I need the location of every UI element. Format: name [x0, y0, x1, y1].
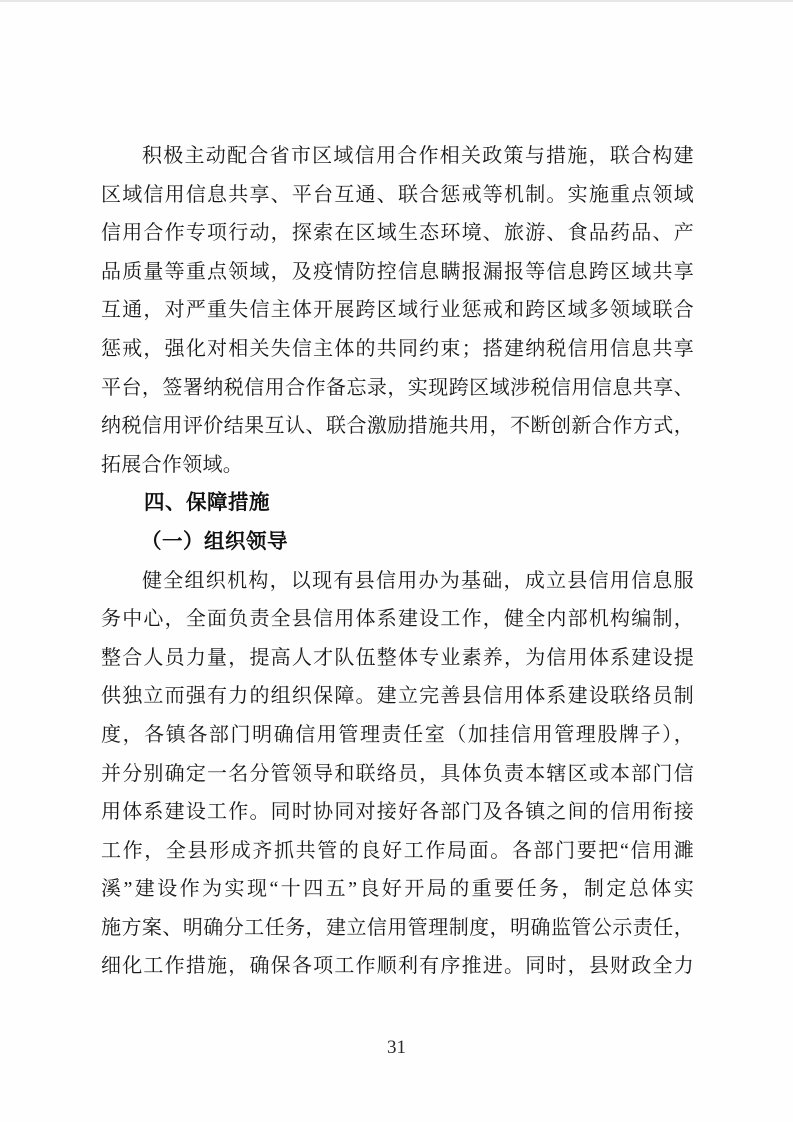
body-line: 整合人员力量，提高人才队伍整体专业素养，为信用体系建设提	[101, 639, 694, 678]
body-line: 务中心，全面负责全县信用体系建设工作，健全内部机构编制，	[101, 600, 694, 639]
body-line: 惩戒，强化对相关失信主体的共同约束；搭建纳税信用信息共享	[101, 330, 694, 369]
body-line: 细化工作措施，确保各项工作顺利有序推进。同时，县财政全力	[101, 947, 694, 986]
body-line: 健全组织机构，以现有县信用办为基础，成立县信用信息服	[101, 562, 694, 601]
body-line: 溪”建设作为实现“十四五”良好开局的重要任务，制定总体实	[101, 870, 694, 909]
body-line: 平台，签署纳税信用合作备忘录，实现跨区域涉税信用信息共享、	[101, 369, 694, 408]
body-line: 拓展合作领域。	[101, 446, 694, 485]
body-line: 互通，对严重失信主体开展跨区域行业惩戒和跨区域多领域联合	[101, 291, 694, 330]
body-line: 工作，全县形成齐抓共管的良好工作局面。各部门要把“信用濉	[101, 832, 694, 871]
body-line: 供独立而强有力的组织保障。建立完善县信用体系建设联络员制	[101, 677, 694, 716]
subsection-heading: （一）组织领导	[101, 523, 694, 562]
body-line: 并分别确定一名分管领导和联络员，具体负责本辖区或本部门信	[101, 755, 694, 794]
body-line: 信用合作专项行动，探索在区域生态环境、旅游、食品药品、产	[101, 214, 694, 253]
body-line: 度，各镇各部门明确信用管理责任室（加挂信用管理股牌子），	[101, 716, 694, 755]
page-body: 积极主动配合省市区域信用合作相关政策与措施，联合构建 区域信用信息共享、平台互通…	[101, 137, 694, 986]
document-page: 积极主动配合省市区域信用合作相关政策与措施，联合构建 区域信用信息共享、平台互通…	[0, 0, 793, 1122]
section-heading: 四、保障措施	[101, 484, 694, 523]
page-number: 31	[0, 1036, 793, 1060]
body-line: 纳税信用评价结果互认、联合激励措施共用，不断创新合作方式，	[101, 407, 694, 446]
scan-edge	[0, 0, 793, 2]
body-line: 品质量等重点领域，及疫情防控信息瞒报漏报等信息跨区域共享	[101, 253, 694, 292]
body-line: 施方案、明确分工任务，建立信用管理制度，明确监管公示责任，	[101, 909, 694, 948]
body-line: 用体系建设工作。同时协同对接好各部门及各镇之间的信用衔接	[101, 793, 694, 832]
body-line: 积极主动配合省市区域信用合作相关政策与措施，联合构建	[101, 137, 694, 176]
body-line: 区域信用信息共享、平台互通、联合惩戒等机制。实施重点领域	[101, 176, 694, 215]
